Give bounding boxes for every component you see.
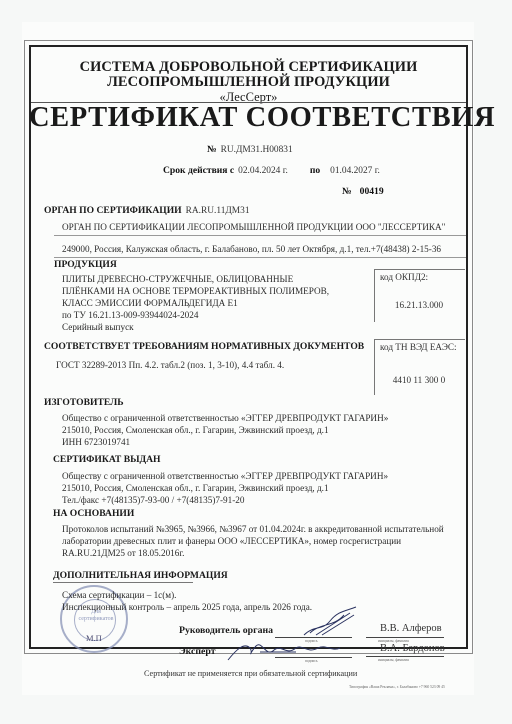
product-line-5: Серийный выпуск	[62, 321, 134, 333]
system-title-line1: СИСТЕМА ДОБРОВОЛЬНОЙ СЕРТИФИКАЦИИ	[29, 59, 468, 75]
manufacturer-line-3: ИНН 6723019741	[62, 436, 130, 448]
valid-from: 02.04.2024 г.	[238, 166, 288, 176]
system-title-line2: ЛЕСОПРОМЫШЛЕННОЙ ПРОДУКЦИИ	[29, 74, 468, 90]
validity-to-label: по	[310, 165, 320, 176]
basis-label: НА ОСНОВАНИИ	[53, 508, 134, 519]
validity-period: Срок действия с 02.04.2024 г. по 01.04.2…	[163, 160, 380, 178]
additional-label: ДОПОЛНИТЕЛЬНАЯ ИНФОРМАЦИЯ	[53, 570, 228, 581]
valid-to: 01.04.2027 г.	[330, 166, 380, 176]
head-label: Руководитель органа	[179, 625, 273, 636]
issued-to-line-1: Обществу с ограниченной ответственностью…	[62, 470, 388, 482]
certification-body-label: ОРГАН ПО СЕРТИФИКАЦИИ	[44, 205, 182, 216]
printer-info: Типография «Ваша Реклама», г. Балабаново…	[349, 685, 445, 689]
compliance-text: ГОСТ 32289-2013 Пп. 4.2. табл.2 (поз. 1,…	[56, 359, 284, 371]
product-label: ПРОДУКЦИЯ	[54, 259, 117, 270]
head-name-line	[366, 637, 444, 638]
address-underline	[54, 257, 466, 258]
compliance-label: СООТВЕТСТВУЕТ ТРЕБОВАНИЯМ НОРМАТИВНЫХ ДО…	[44, 341, 364, 352]
additional-line-1: Схема сертификации – 1с(м).	[62, 589, 176, 601]
certificate-title: СЕРТИФИКАТ СООТВЕТСТВИЯ	[29, 102, 468, 134]
basis-line-2: лаборатории древесных плит и фанеры ООО …	[62, 535, 401, 547]
head-name: В.В. Алферов	[380, 623, 442, 634]
body-name-underline	[54, 235, 466, 236]
expert-label: Эксперт	[179, 646, 216, 657]
certificate-number: № RU.ДМ31.Н00831	[207, 139, 293, 157]
tnved-value: 4410 11 300 0	[374, 375, 464, 385]
issued-to-line-3: Тел./факс +7(48135)7-93-00 / +7(48135)7-…	[62, 494, 244, 506]
expert-name-caption: инициалы, фамилия	[378, 658, 409, 662]
product-line-2: ПЛЁНКАМИ НА ОСНОВЕ ТЕРМОРЕАКТИВНЫХ ПОЛИМ…	[62, 285, 329, 297]
expert-signature-caption: подпись	[305, 659, 318, 663]
form-number-prefix: №	[342, 186, 352, 197]
certification-body-address: 249000, Россия, Калужская область, г. Ба…	[62, 243, 441, 255]
additional-underline	[53, 582, 193, 583]
product-line-3: КЛАСС ЭМИССИИ ФОРМАЛЬДЕГИДА Е1	[62, 297, 238, 309]
basis-line-1: Протоколов испытаний №3965, №3966, №3967…	[62, 523, 444, 535]
expert-name-line	[366, 656, 444, 657]
validity-label: Срок действия с	[163, 165, 234, 176]
manufacturer-line-1: Общество с ограниченной ответственностью…	[62, 412, 388, 424]
issued-to-label: СЕРТИФИКАТ ВЫДАН	[53, 454, 161, 465]
issued-to-line-2: 215010, Россия, Смоленская обл., г. Гага…	[62, 482, 329, 494]
expert-name: В.А. Бардонов	[380, 643, 445, 654]
additional-line-2: Инспекционный контроль – апрель 2025 год…	[62, 601, 312, 613]
certification-body-code: RA.RU.11ДМ31	[186, 206, 250, 216]
certification-body-header: ОРГАН ПО СЕРТИФИКАЦИИ RA.RU.11ДМ31	[44, 200, 250, 218]
product-line-4: по ТУ 16.21.13-009-93944024-2024	[62, 309, 198, 321]
number-value: RU.ДМ31.Н00831	[221, 145, 293, 155]
footer-note: Сертификат не применяется при обязательн…	[144, 669, 357, 678]
manufacturer-line-2: 215010, Россия, Смоленская обл., г. Гага…	[62, 424, 329, 436]
stamp-mp: М.П	[86, 633, 102, 643]
form-number: № 00419	[342, 181, 384, 199]
certification-body-name: ОРГАН ПО СЕРТИФИКАЦИИ ЛЕСОПРОМЫШЛЕННОЙ П…	[62, 221, 445, 233]
basis-line-3: RA.RU.21ДМ25 от 18.05.2016г.	[62, 547, 184, 559]
head-signature-icon	[300, 605, 360, 639]
form-number-value: 00419	[360, 186, 384, 197]
okpd2-value: 16.21.13.000	[374, 300, 464, 310]
okpd2-label: код ОКПД2:	[380, 272, 428, 282]
manufacturer-label: ИЗГОТОВИТЕЛЬ	[44, 397, 124, 408]
expert-signature-icon	[226, 640, 342, 662]
number-prefix: №	[207, 144, 217, 155]
product-line-1: ПЛИТЫ ДРЕВЕСНО-СТРУЖЕЧНЫЕ, ОБЛИЦОВАННЫЕ	[62, 273, 293, 285]
tnved-label: код ТН ВЭД ЕАЭС:	[380, 342, 457, 352]
